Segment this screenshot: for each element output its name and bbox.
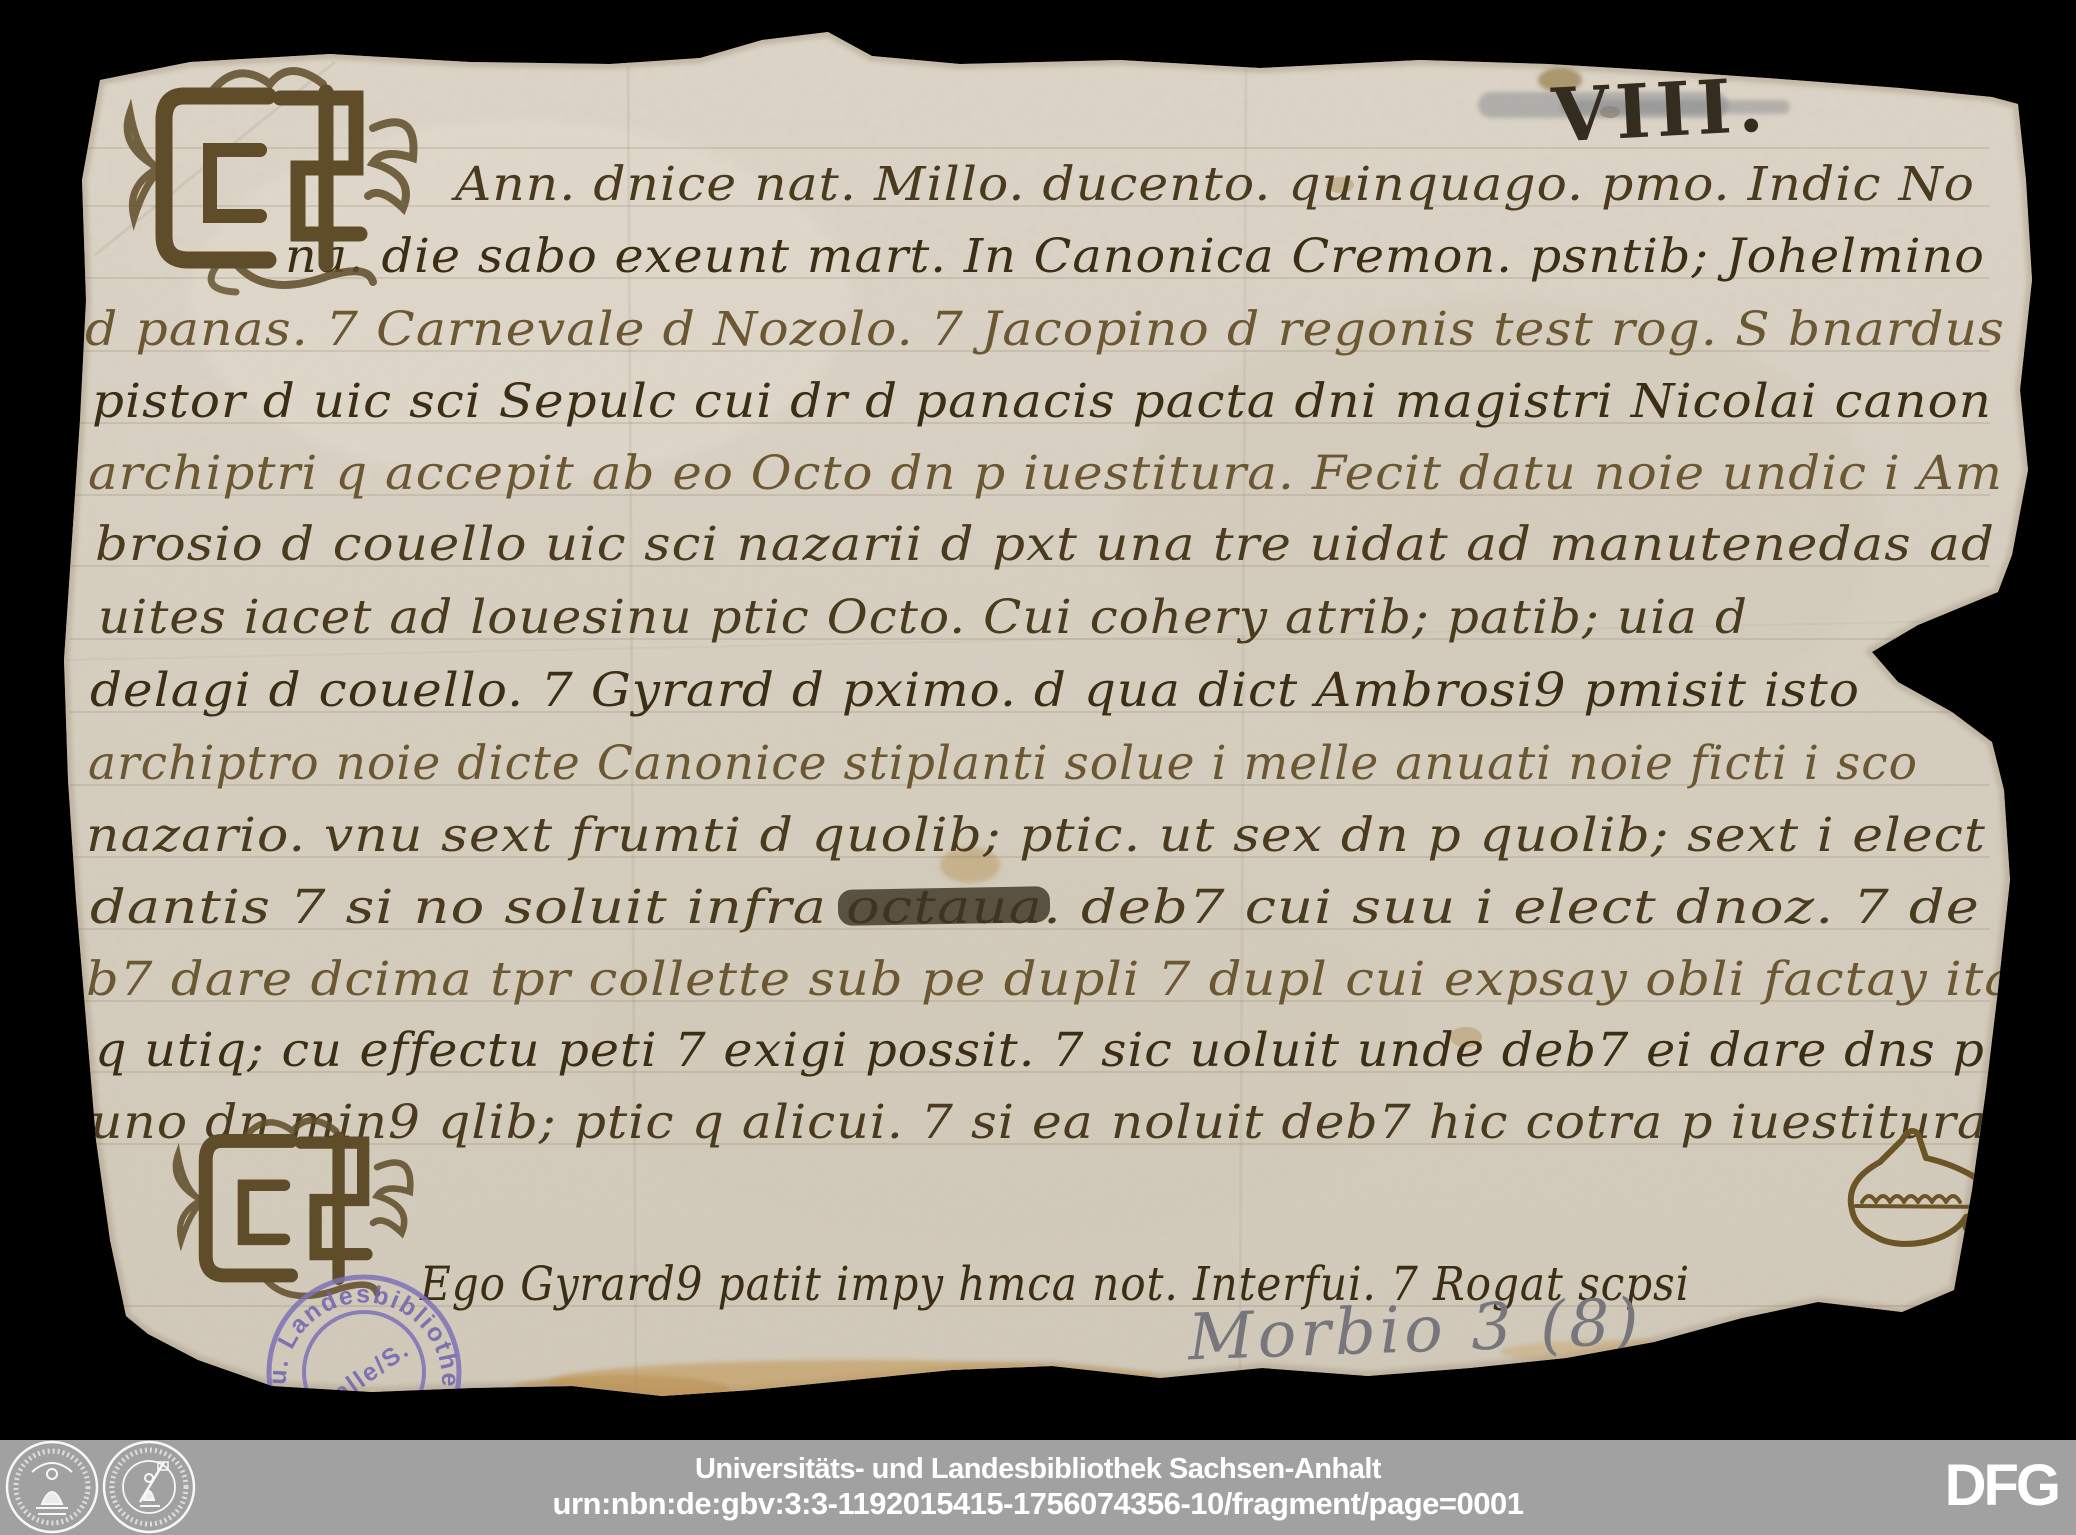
manuscript-line: na. die sabo exeunt mart. In Canonica Cr… [285, 229, 1985, 284]
parchment-surface: Ann. dnice nat. Millo. ducento. quinquag… [0, 0, 2076, 1440]
manuscript-line: archiptro noie dicte Canonice stiplanti … [88, 736, 1918, 791]
manuscript-line: delagi d couello. 7 Gyrard d pximo. d qu… [90, 663, 1860, 718]
manuscript-line: Ann. dnice nat. Millo. ducento. quinquag… [451, 157, 1975, 212]
ink-strikeout [838, 886, 1051, 926]
manuscript-line: archiptri q accepit ab eo Octo dn p iues… [88, 446, 2003, 501]
scan-area: Ann. dnice nat. Millo. ducento. quinquag… [0, 0, 2076, 1440]
shelfmark-annotation: Morbio 3 (8) [1186, 1286, 1644, 1376]
manuscript-line: brosio d couello uic sci nazarii d pxt u… [95, 517, 1995, 572]
urn-identifier: urn:nbn:de:gbv:3:3-1192015415-1756074356… [553, 1487, 1524, 1521]
folio-numbering: VIII. [1549, 62, 1771, 159]
manuscript-line: d panas. 7 Carnevale d Nozolo. 7 Jacopin… [85, 302, 2005, 357]
manuscript-line: uno dn min9 qlib; ptic q alicui. 7 si ea… [90, 1095, 2005, 1150]
digitized-manuscript-page: Ann. dnice nat. Millo. ducento. quinquag… [0, 0, 2076, 1535]
manuscript-line: pistor d uic sci Sepulc cui dr d panacis… [92, 374, 1992, 429]
manuscript-line: uites iacet ad louesinu ptic Octo. Cui c… [98, 590, 1748, 645]
footer-bar: Universitäts- und Landesbibliothek Sachs… [0, 1440, 2076, 1535]
manuscript-line: nazario. vnu sext frumti d quolib; ptic.… [86, 808, 1986, 863]
manuscript-scan: Ann. dnice nat. Millo. ducento. quinquag… [0, 0, 2076, 1440]
manuscript-line: b7 dare dcima tpr collette sub pe dupli … [86, 952, 2016, 1007]
footer-text-block: Universitäts- und Landesbibliothek Sachs… [0, 1440, 2076, 1535]
institution-name: Universitäts- und Landesbibliothek Sachs… [695, 1454, 1381, 1486]
manuscript-line: q utiq; cu effectu peti 7 exigi possit. … [95, 1023, 1985, 1078]
dfg-logo: DFG [1945, 1451, 2058, 1518]
